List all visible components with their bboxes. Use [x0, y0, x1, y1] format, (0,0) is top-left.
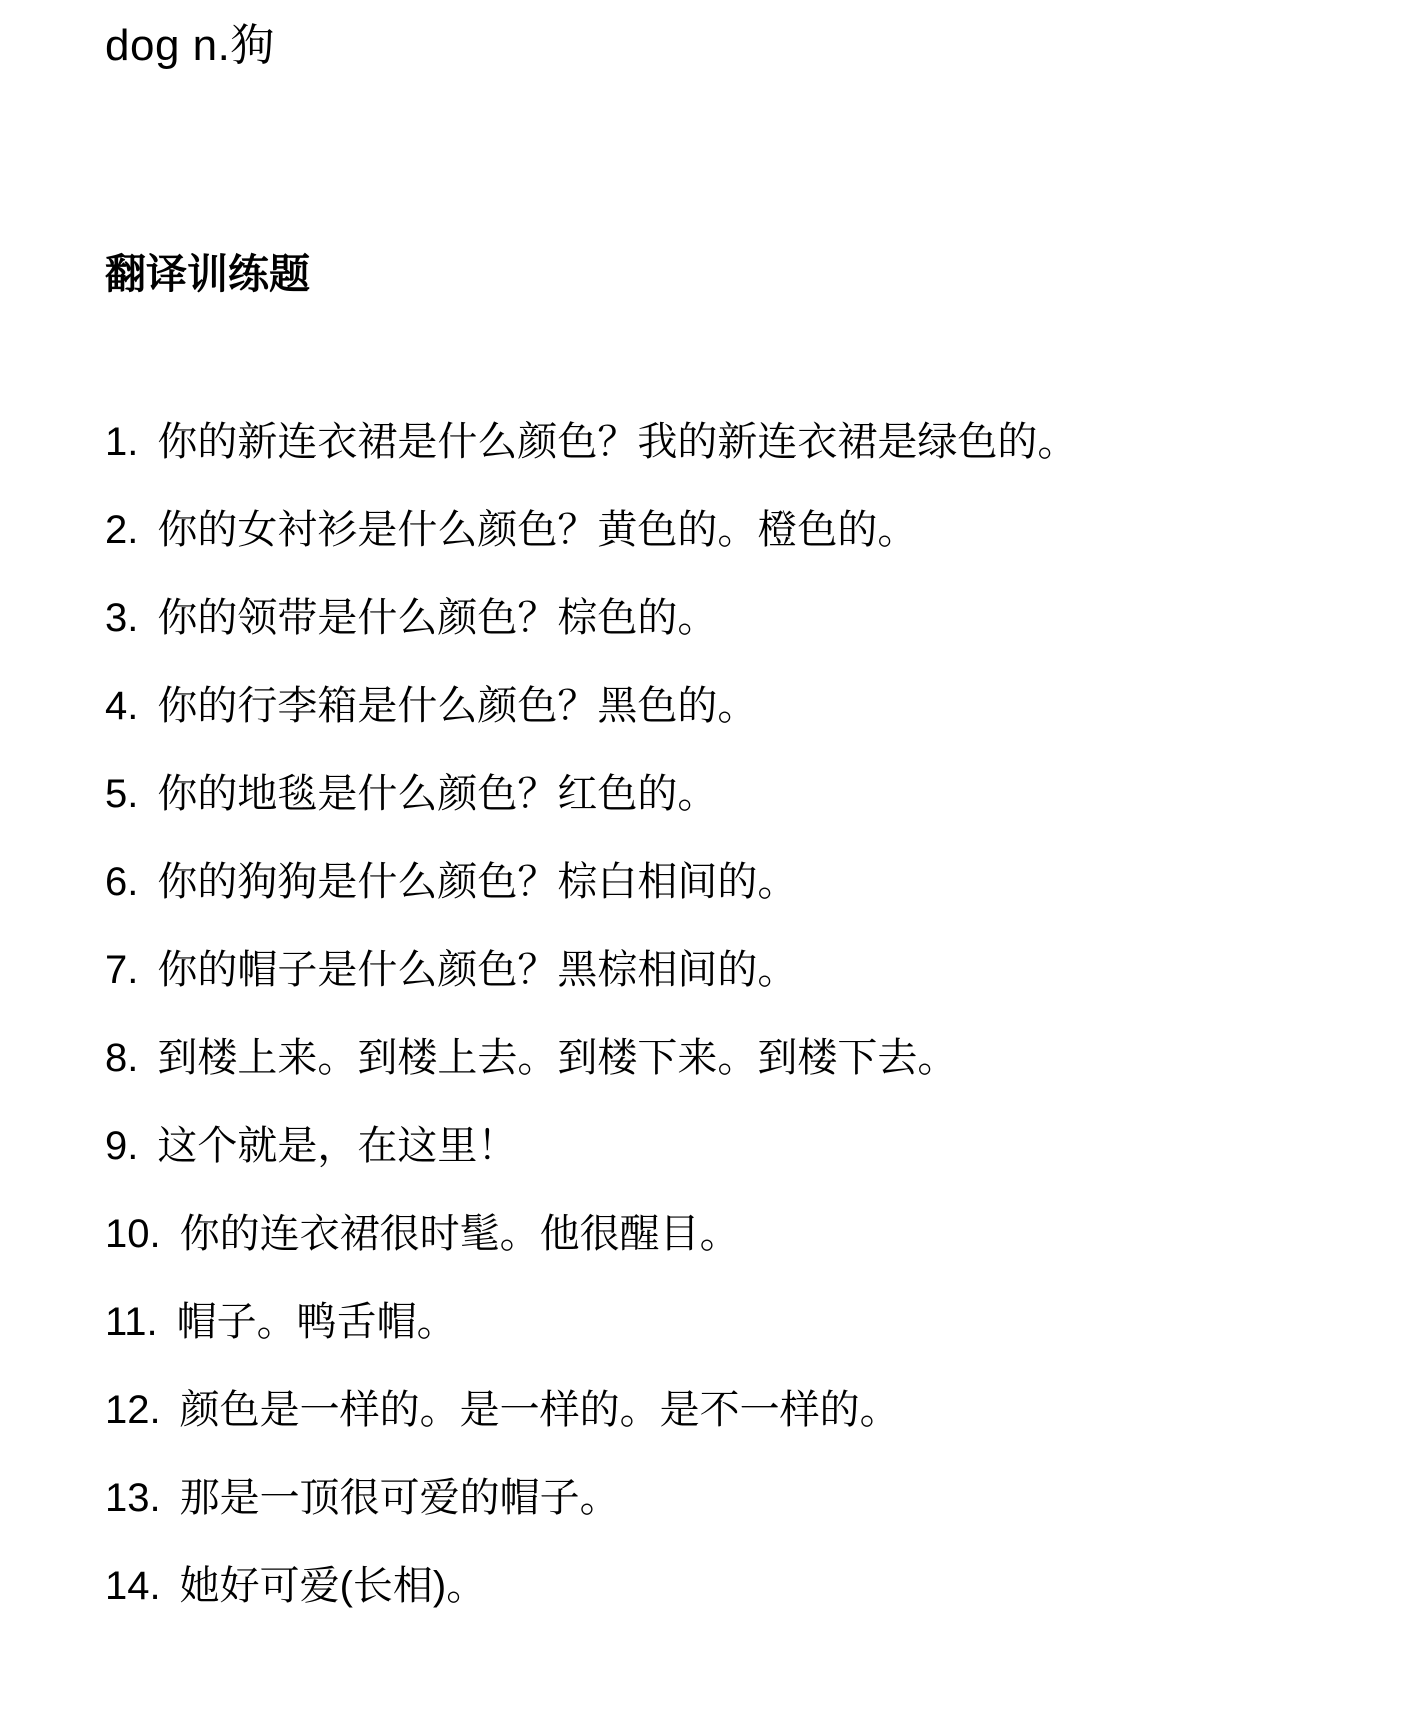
exercise-item: 13.那是一顶很可爱的帽子。 — [105, 1473, 1357, 1523]
exercise-item-text: 你的领带是什么颜色？棕色的。 — [157, 593, 717, 643]
exercise-item-number: 10. — [105, 1209, 161, 1259]
exercise-item-text: 你的连衣裙很时髦。他很醒目。 — [180, 1209, 740, 1259]
exercise-item-number: 9. — [105, 1121, 138, 1171]
section-title-translation-exercises: 翻译训练题 — [105, 250, 1357, 299]
exercise-item-number: 6. — [105, 857, 138, 907]
exercise-item: 10.你的连衣裙很时髦。他很醒目。 — [105, 1209, 1357, 1259]
exercise-item: 9.这个就是，在这里！ — [105, 1121, 1357, 1171]
exercise-item-number: 5. — [105, 769, 138, 819]
exercise-item: 2.你的女衬衫是什么颜色？黄色的。橙色的。 — [105, 505, 1357, 555]
exercise-item-number: 7. — [105, 945, 138, 995]
exercise-item: 8.到楼上来。到楼上去。到楼下来。到楼下去。 — [105, 1033, 1357, 1083]
exercise-item-text: 她好可爱(长相)。 — [180, 1561, 487, 1611]
exercise-item: 12.颜色是一样的。是一样的。是不一样的。 — [105, 1385, 1357, 1435]
exercise-item-text: 你的女衬衫是什么颜色？黄色的。橙色的。 — [157, 505, 917, 555]
exercise-item-number: 12. — [105, 1385, 161, 1435]
exercise-item: 3.你的领带是什么颜色？棕色的。 — [105, 593, 1357, 643]
exercise-item-text: 帽子。鸭舌帽。 — [177, 1297, 457, 1347]
exercise-item-number: 8. — [105, 1033, 138, 1083]
exercise-item: 1.你的新连衣裙是什么颜色？我的新连衣裙是绿色的。 — [105, 417, 1357, 467]
exercise-item-text: 你的行李箱是什么颜色？黑色的。 — [157, 681, 757, 731]
exercise-list: 1.你的新连衣裙是什么颜色？我的新连衣裙是绿色的。2.你的女衬衫是什么颜色？黄色… — [105, 417, 1357, 1611]
exercise-item-number: 4. — [105, 681, 138, 731]
exercise-item-number: 2. — [105, 505, 138, 555]
exercise-item-text: 你的地毯是什么颜色？红色的。 — [157, 769, 717, 819]
exercise-item: 5.你的地毯是什么颜色？红色的。 — [105, 769, 1357, 819]
exercise-item-number: 14. — [105, 1561, 161, 1611]
exercise-item: 4.你的行李箱是什么颜色？黑色的。 — [105, 681, 1357, 731]
exercise-item: 6.你的狗狗是什么颜色？棕白相间的。 — [105, 857, 1357, 907]
exercise-item-text: 到楼上来。到楼上去。到楼下来。到楼下去。 — [157, 1033, 957, 1083]
exercise-item-text: 那是一顶很可爱的帽子。 — [180, 1473, 620, 1523]
exercise-item-text: 你的帽子是什么颜色？黑棕相间的。 — [157, 945, 797, 995]
exercise-item-text: 颜色是一样的。是一样的。是不一样的。 — [180, 1385, 900, 1435]
vocab-entry-dog: dog n.狗 — [105, 20, 1357, 72]
exercise-item-number: 13. — [105, 1473, 161, 1523]
exercise-item: 11.帽子。鸭舌帽。 — [105, 1297, 1357, 1347]
exercise-item-text: 你的狗狗是什么颜色？棕白相间的。 — [157, 857, 797, 907]
exercise-item-text: 这个就是，在这里！ — [157, 1121, 517, 1171]
exercise-item-number: 3. — [105, 593, 138, 643]
document-page: dog n.狗 翻译训练题 1.你的新连衣裙是什么颜色？我的新连衣裙是绿色的。2… — [0, 0, 1417, 1734]
exercise-item-text: 你的新连衣裙是什么颜色？我的新连衣裙是绿色的。 — [157, 417, 1077, 467]
exercise-item-number: 11. — [105, 1297, 158, 1347]
exercise-item-number: 1. — [105, 417, 138, 467]
exercise-item: 7.你的帽子是什么颜色？黑棕相间的。 — [105, 945, 1357, 995]
exercise-item: 14.她好可爱(长相)。 — [105, 1561, 1357, 1611]
